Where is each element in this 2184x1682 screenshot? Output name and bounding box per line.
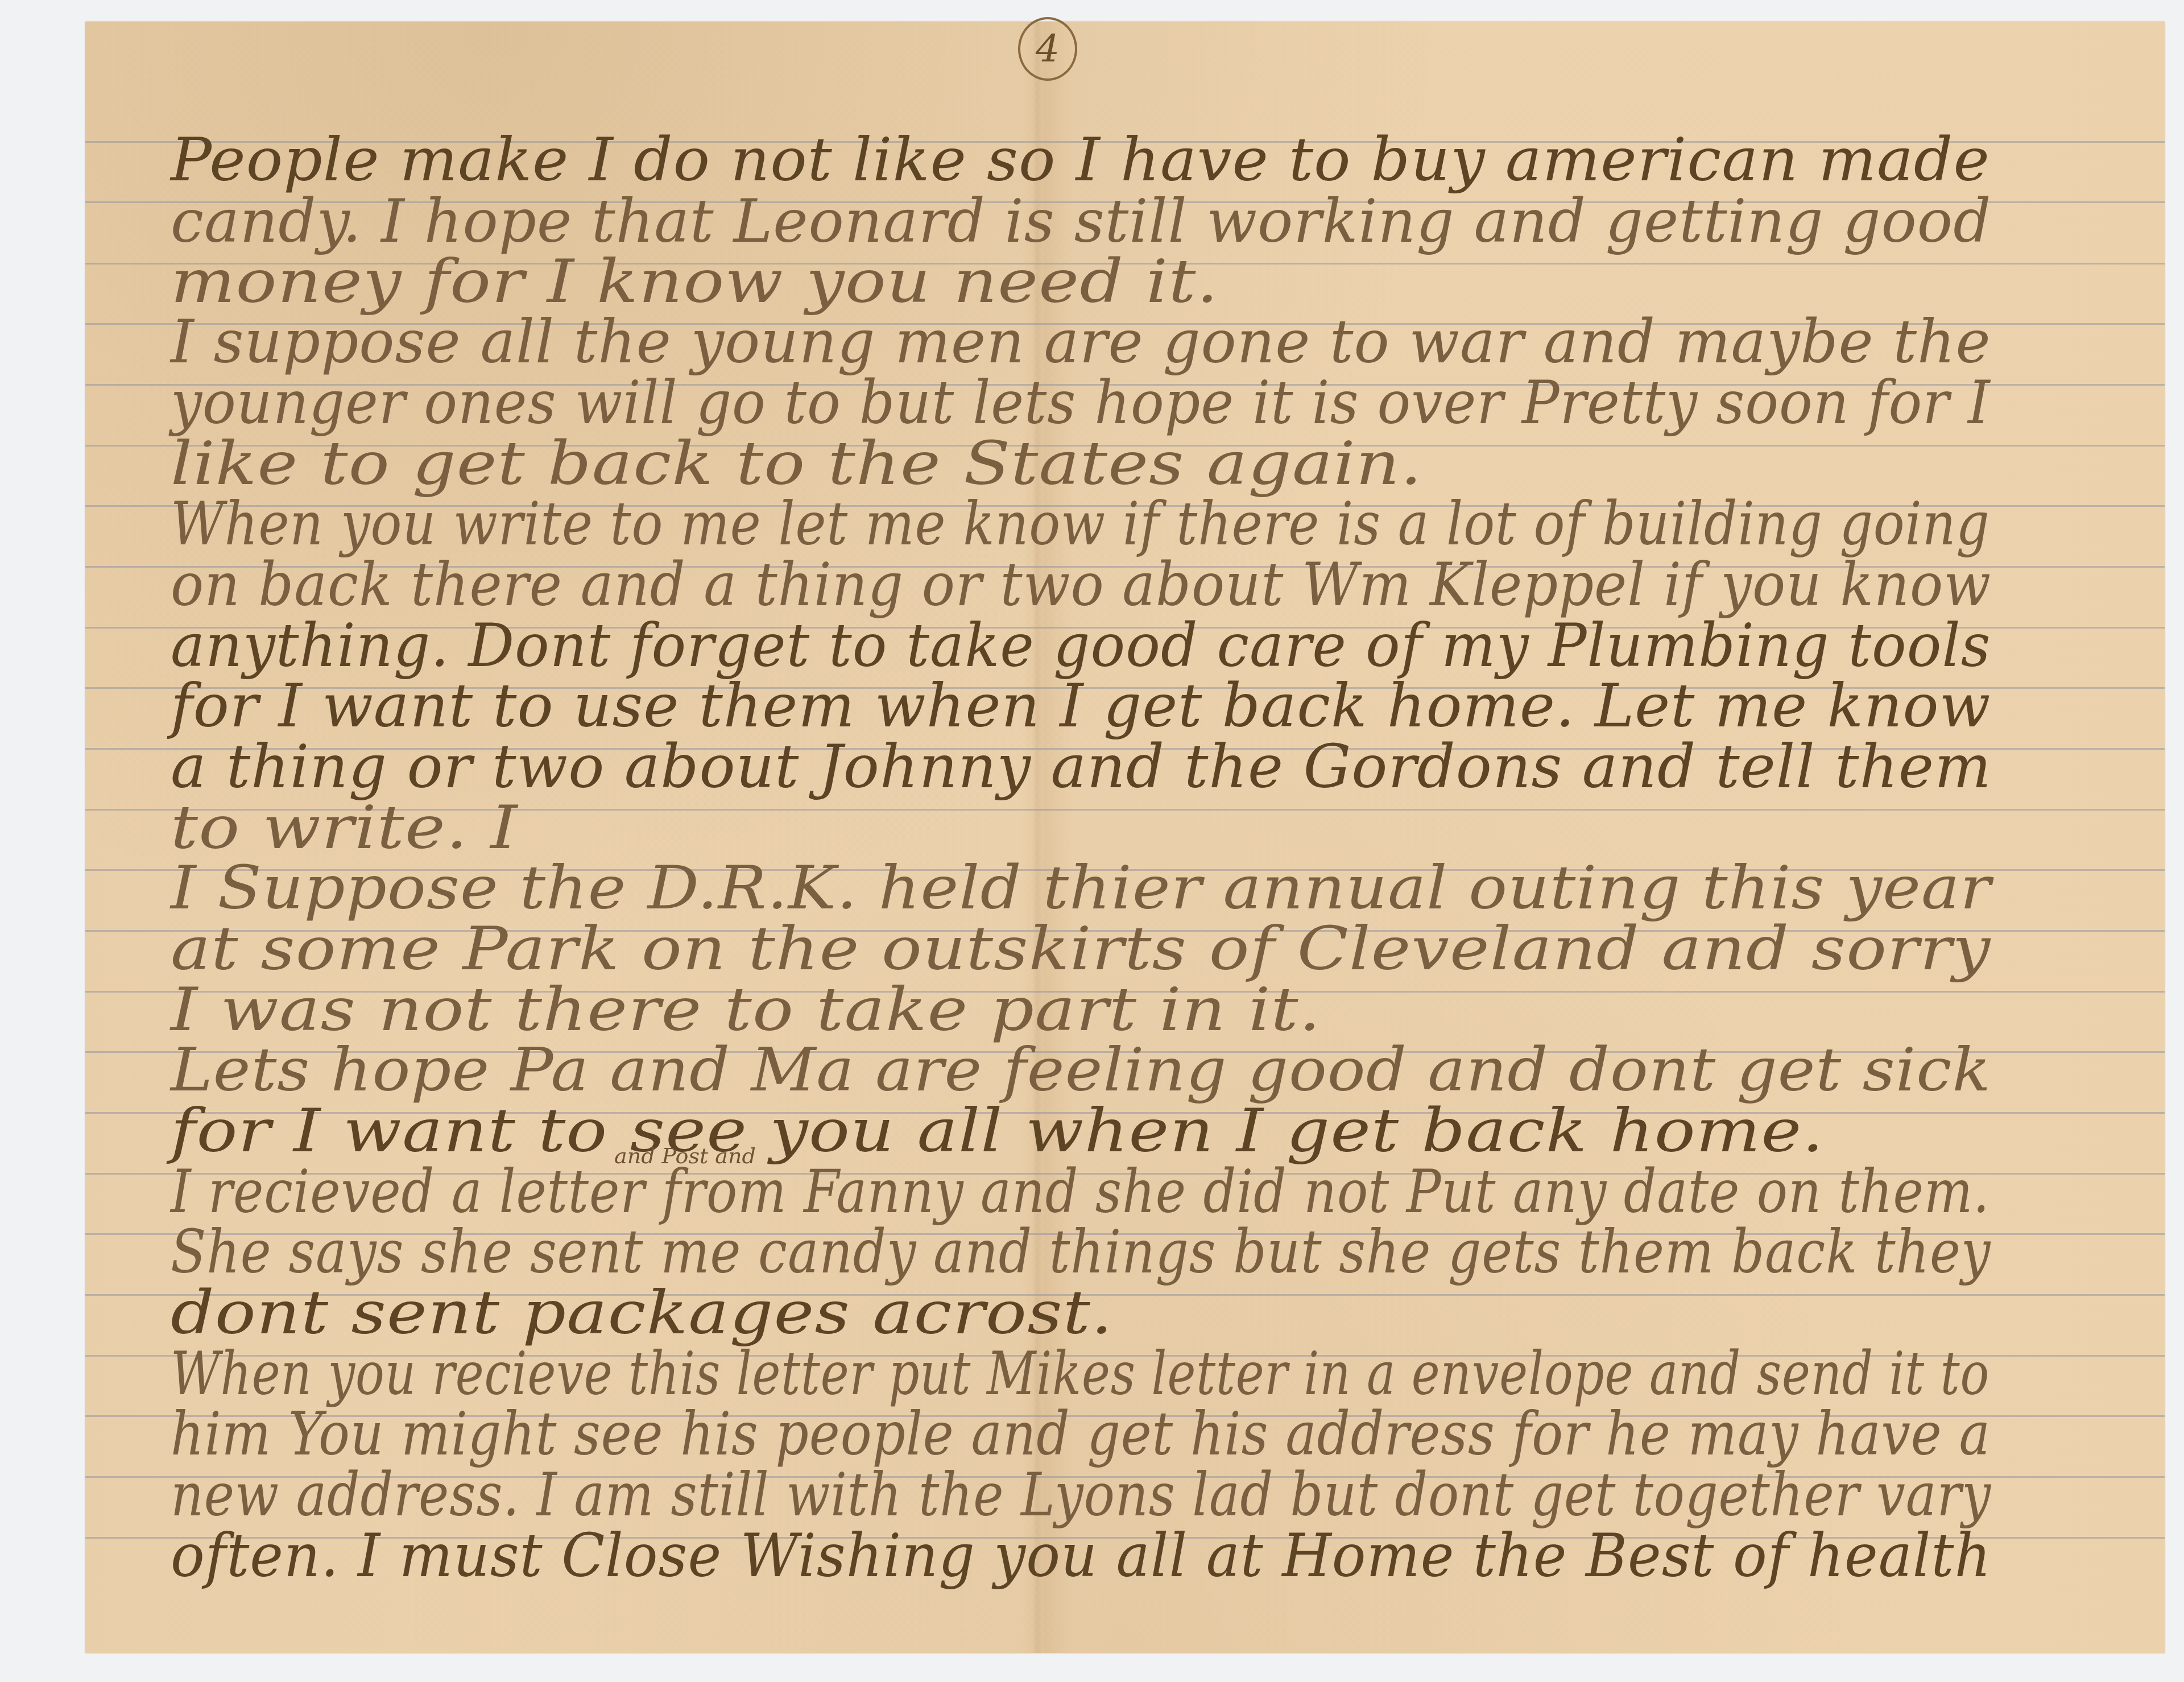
letter-line: She says she sent me candy and things bu… xyxy=(171,1217,1991,1287)
interlinear-insertion: and Post and xyxy=(614,1143,756,1168)
letter-line: I was not there to take part in it. xyxy=(171,975,1321,1044)
letter-line: for I want to see you all when I get bac… xyxy=(171,1096,1825,1166)
letter-line: new address. I am still with the Lyons l… xyxy=(171,1460,1991,1530)
letter-line: candy. I hope that Leonard is still work… xyxy=(171,187,1991,256)
letter-line: on back there and a thing or two about W… xyxy=(171,550,1991,619)
letter-line: I suppose all the young men are gone to … xyxy=(171,307,1991,377)
letter-line: When you write to me let me know if ther… xyxy=(171,489,1990,559)
letter-line: younger ones will go to but lets hope it… xyxy=(171,368,1990,437)
letter-line: I recieved a letter from Fanny and she d… xyxy=(171,1157,1990,1226)
letter-line: Lets hope Pa and Ma are feeling good and… xyxy=(171,1035,1991,1105)
letter-line: him You might see his people and get his… xyxy=(171,1399,1991,1469)
letter-line: at some Park on the outskirts of Clevela… xyxy=(171,914,1991,983)
letter-line: often. I must Close Wishing you all at H… xyxy=(171,1521,1991,1590)
letter-line: money for I know you need it. xyxy=(171,247,1219,316)
letter-line: I Suppose the D.R.K. held thier annual o… xyxy=(171,853,1991,923)
letter-line: for I want to use them when I get back h… xyxy=(171,671,1991,741)
letter-line: dont sent packages acrost. xyxy=(171,1278,1113,1348)
letter-line: People make I do not like so I have to b… xyxy=(171,125,1990,195)
letter-line: a thing or two about Johnny and the Gord… xyxy=(171,732,1992,801)
letter-line: anything. Dont forget to take good care … xyxy=(171,611,1991,680)
letter-line: like to get back to the States again. xyxy=(171,429,1422,498)
letter-line: to write. I xyxy=(171,793,518,862)
page-number-circled: 4 xyxy=(1018,17,1077,81)
letter-line: When you recieve this letter put Mikes l… xyxy=(171,1339,1989,1408)
